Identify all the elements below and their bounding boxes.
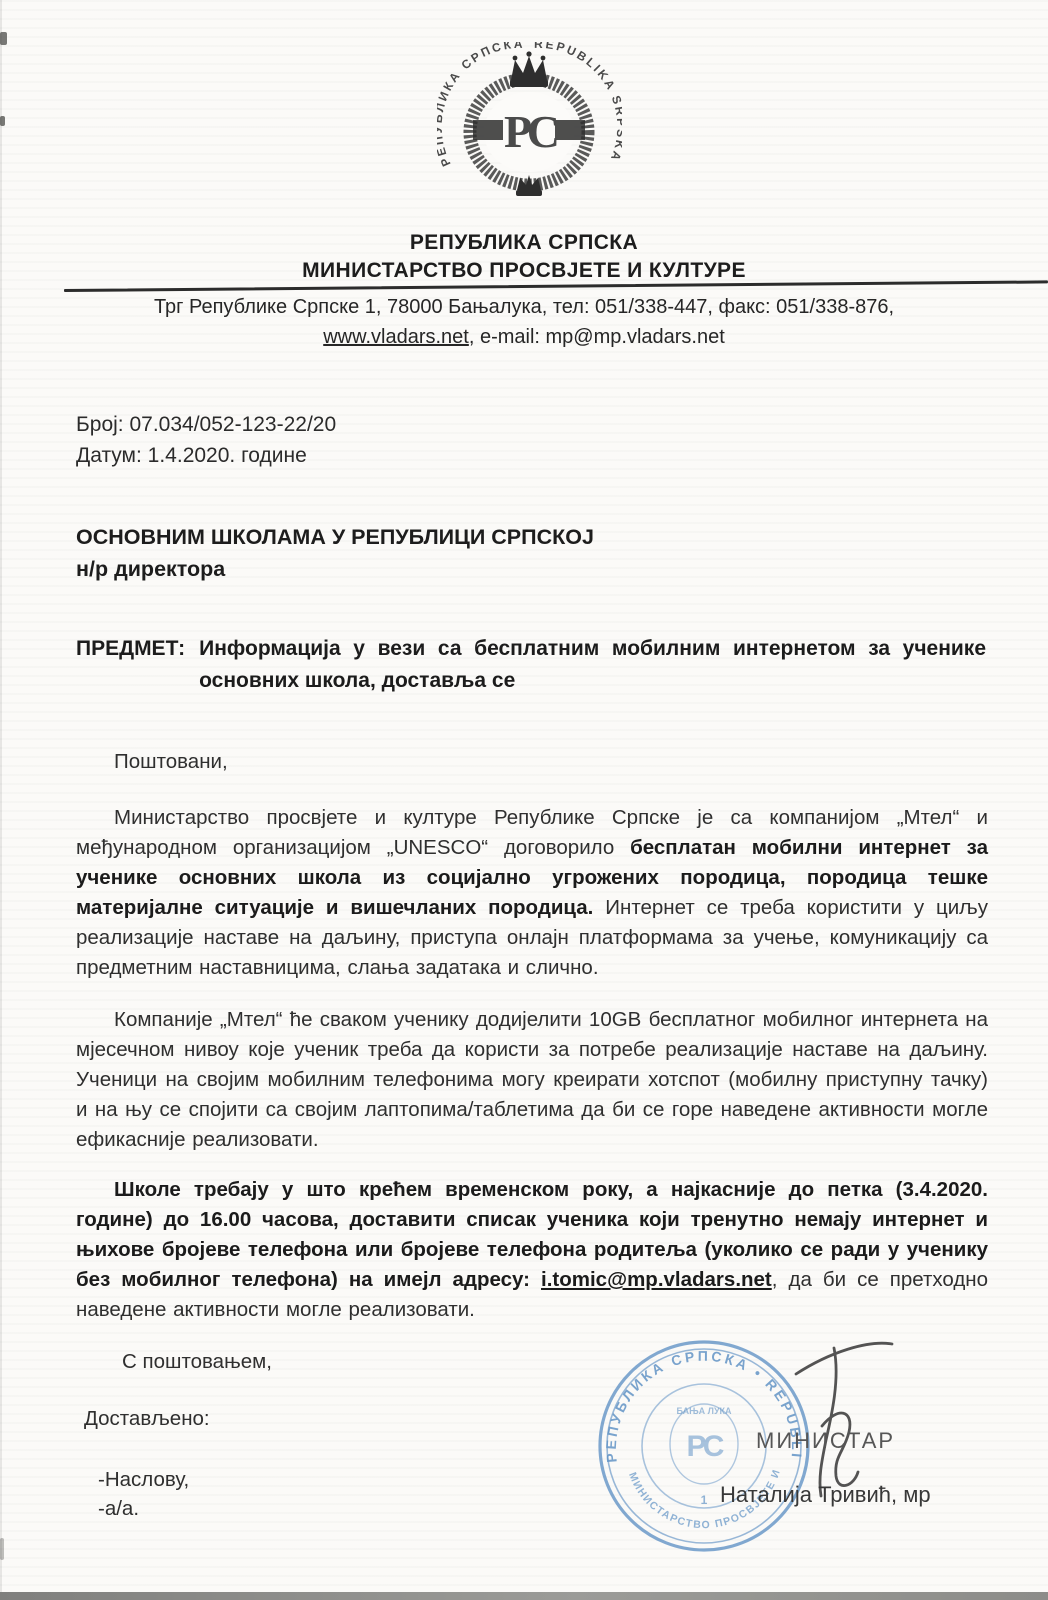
minister-title: МИНИСТАР bbox=[756, 1428, 895, 1454]
subject-text: Информација у вези са бесплатним мобилни… bbox=[199, 633, 986, 697]
doc-date: Датум: 1.4.2020. године bbox=[76, 440, 336, 471]
website-link[interactable]: www.vladars.net bbox=[323, 326, 469, 348]
email-link[interactable]: i.tomic@mp.vladars.net bbox=[541, 1268, 772, 1291]
delivered-item-1: -Наслову, bbox=[98, 1468, 189, 1492]
header-ministry: МИНИСТАРСТВО ПРОСВЈЕТЕ И КУЛТУРЕ bbox=[0, 259, 1048, 283]
subject-label: ПРЕДМЕТ: bbox=[76, 633, 185, 697]
recipient-block: ОСНОВНИМ ШКОЛАМА У РЕПУБЛИЦИ СРПСКОЈ н/р… bbox=[76, 521, 594, 585]
coat-of-arms-icon: РЕПУБЛИКА СРПСКА REPUBLIKA SRPSKA РС bbox=[437, 42, 622, 214]
recipient-line2: н/р директора bbox=[76, 553, 594, 585]
delivered-label: Достављено: bbox=[84, 1407, 210, 1431]
scan-speck bbox=[0, 1538, 4, 1560]
emblem-monogram: РС bbox=[504, 106, 557, 157]
paragraph-3: Школе требају у што крећем временском ро… bbox=[76, 1175, 988, 1325]
scanned-letter-page: РЕПУБЛИКА СРПСКА REPUBLIKA SRPSKA РС РЕП… bbox=[0, 0, 1048, 1600]
doc-number: Број: 07.034/052-123-22/20 bbox=[76, 409, 336, 440]
scan-speck bbox=[0, 116, 5, 126]
subject-block: ПРЕДМЕТ: Информација у вези са бесплатни… bbox=[76, 633, 986, 697]
paragraph-2: Компаније „Мтел“ ће сваком ученику додиј… bbox=[76, 1005, 988, 1155]
paragraph-1: Министарство просвјете и културе Републи… bbox=[76, 803, 988, 983]
coat-of-arms-republika-srpska: РЕПУБЛИКА СРПСКА REPUBLIKA SRPSKA РС bbox=[437, 42, 622, 214]
minister-name: Наталија Тривић, мр bbox=[720, 1482, 931, 1508]
salutation: Поштовани, bbox=[114, 750, 228, 774]
stamp-monogram: РС bbox=[687, 1430, 724, 1463]
scan-bottom-bar bbox=[0, 1592, 1048, 1600]
header-republic: РЕПУБЛИКА СРПСКА bbox=[0, 231, 1048, 255]
closing: С поштовањем, bbox=[122, 1350, 272, 1374]
stamp-city-text: БАЊА ЛУКА bbox=[676, 1406, 732, 1416]
header-contacts: www.vladars.net, e-mail: mp@mp.vladars.n… bbox=[0, 326, 1048, 349]
header-address: Трг Републике Српске 1, 78000 Бањалука, … bbox=[0, 296, 1048, 319]
minister-signature bbox=[788, 1332, 900, 1504]
stamp-number: 1 bbox=[701, 1493, 708, 1507]
scan-speck bbox=[0, 32, 7, 45]
signature-icon bbox=[788, 1332, 900, 1504]
recipient-line1: ОСНОВНИМ ШКОЛАМА У РЕПУБЛИЦИ СРПСКОЈ bbox=[76, 521, 594, 553]
delivered-item-2: -а/а. bbox=[98, 1497, 139, 1521]
email-text: , e-mail: mp@mp.vladars.net bbox=[469, 326, 725, 348]
document-meta: Број: 07.034/052-123-22/20 Датум: 1.4.20… bbox=[76, 409, 336, 471]
